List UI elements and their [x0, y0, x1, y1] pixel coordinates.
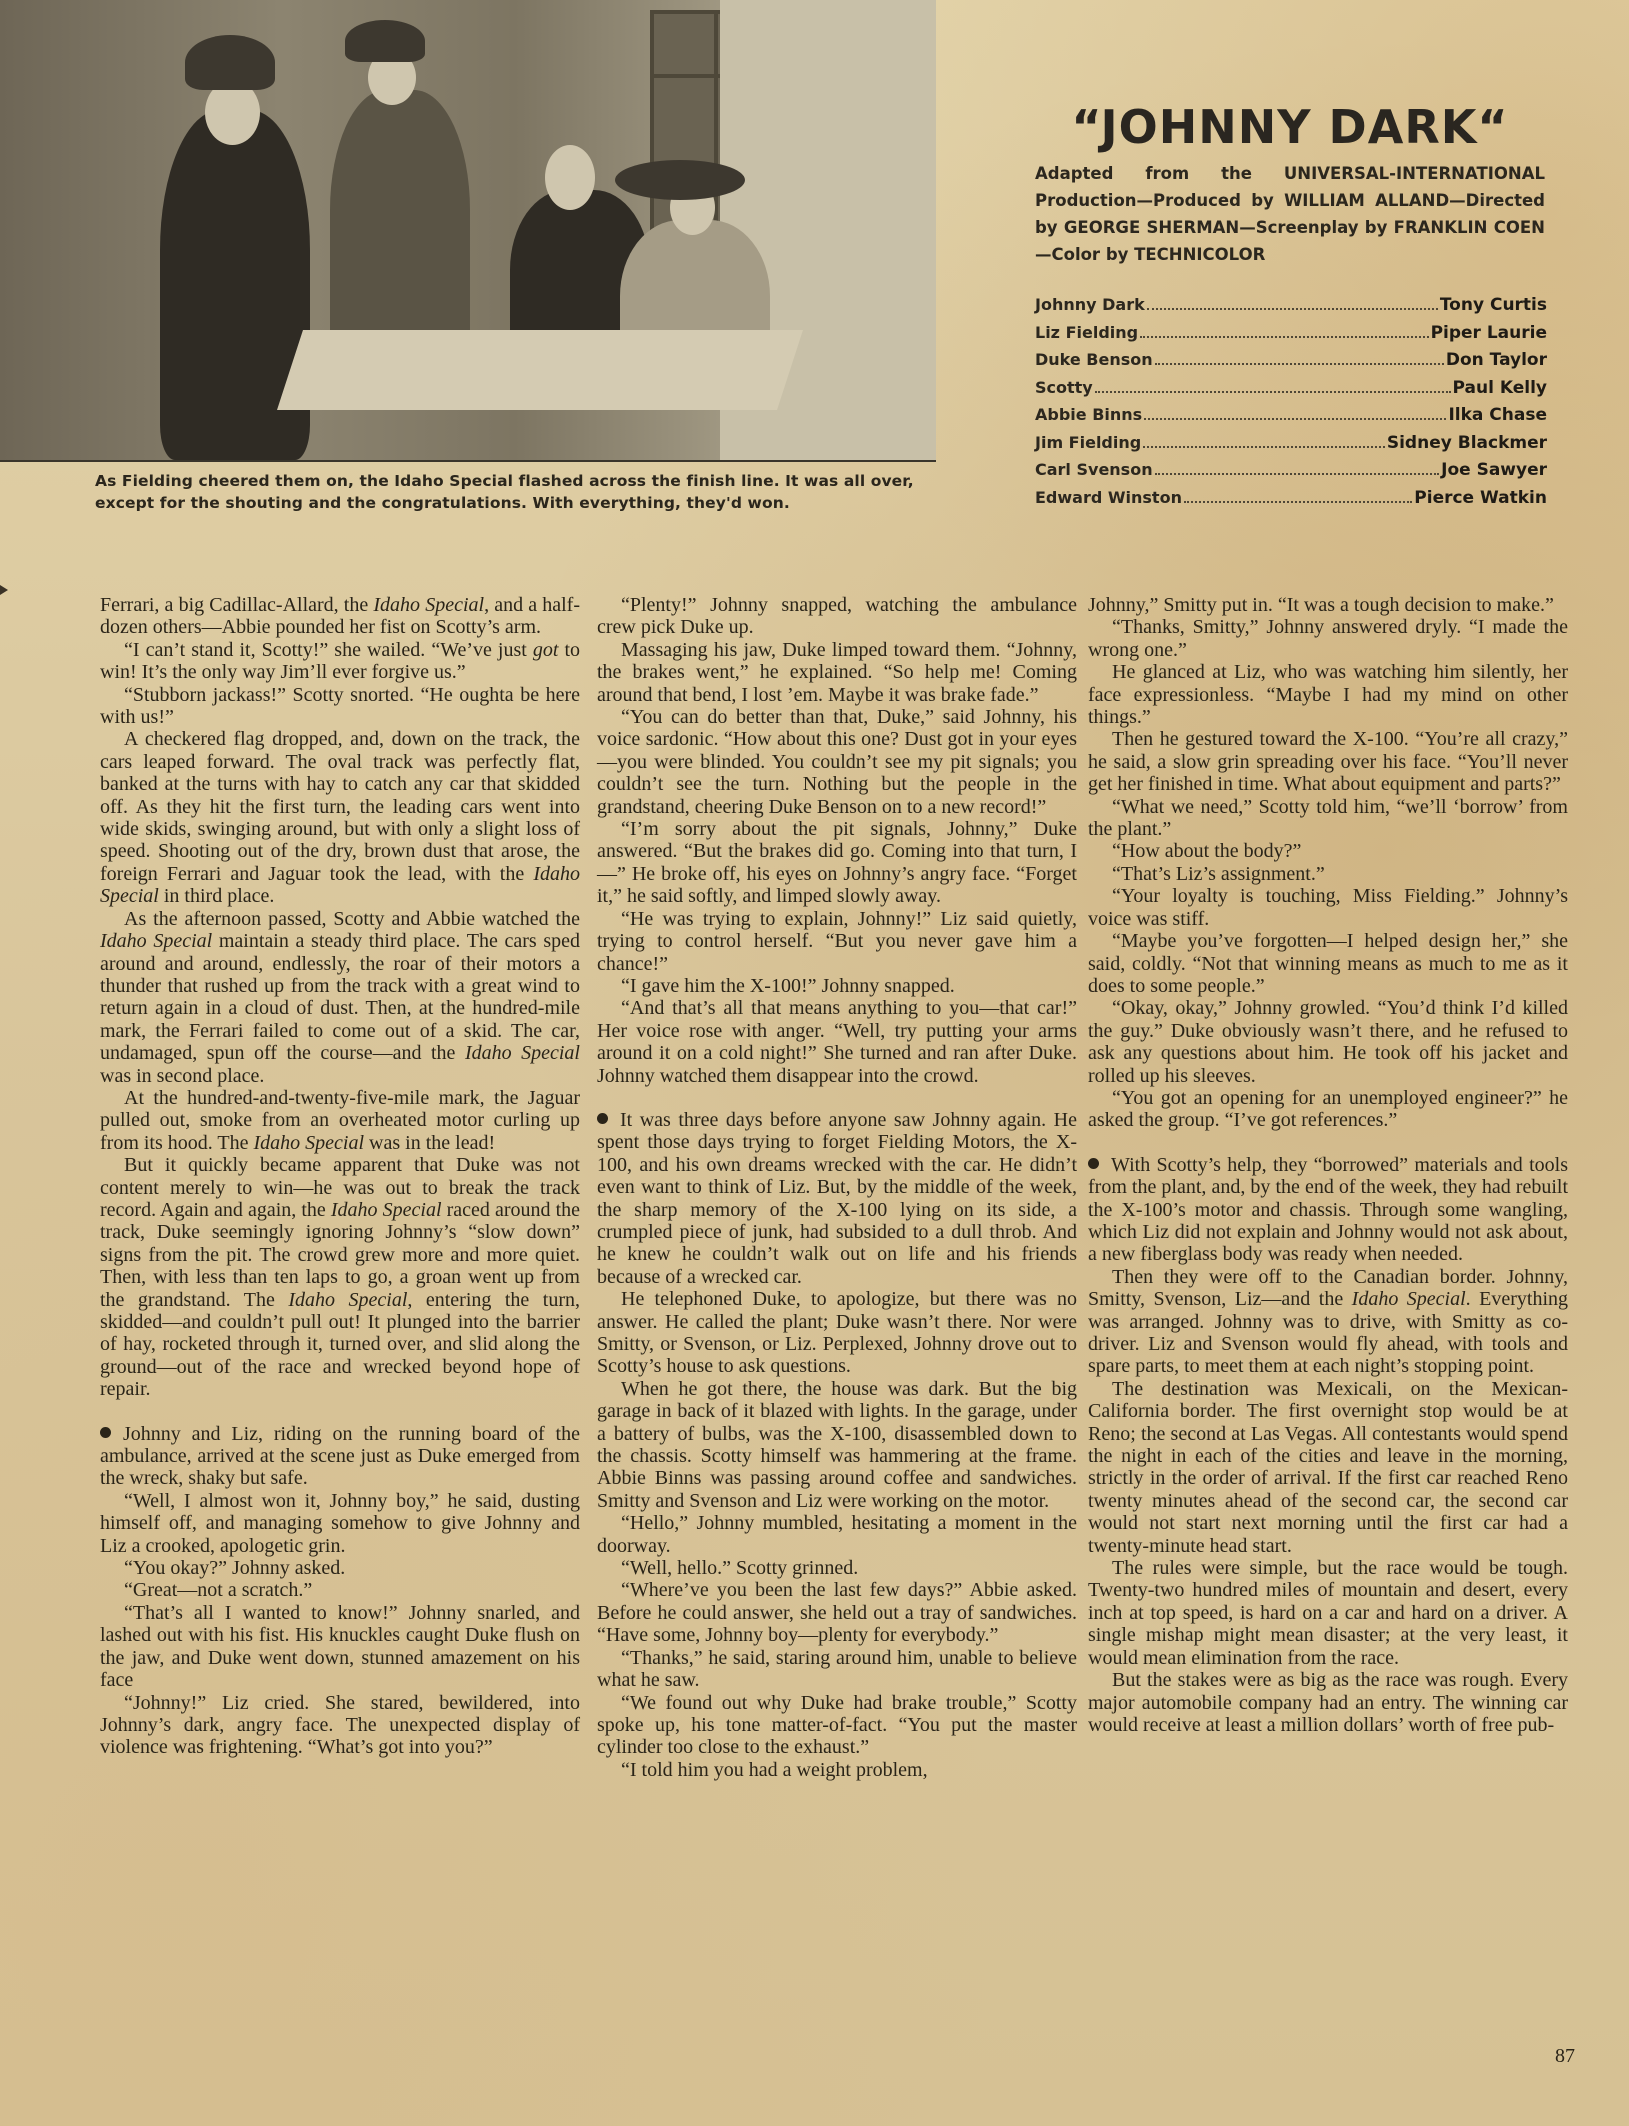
cast-actor: Don Taylor — [1446, 350, 1547, 370]
photo-hat — [615, 160, 745, 200]
paragraph: “That’s Liz’s assignment.” — [1088, 863, 1568, 885]
cast-row: Jim FieldingSidney Blackmer — [1035, 433, 1547, 461]
paragraph: “You got an opening for an unemployed en… — [1088, 1087, 1568, 1132]
paragraph: “I gave him the X-100!” Johnny snapped. — [597, 975, 1077, 997]
cast-list: Johnny DarkTony CurtisLiz FieldingPiper … — [1035, 295, 1547, 515]
paragraph: “He was trying to explain, Johnny!” Liz … — [597, 908, 1077, 975]
paragraph: He telephoned Duke, to apologize, but th… — [597, 1288, 1077, 1378]
cast-role: Liz Fielding — [1035, 323, 1138, 342]
paragraph: “You can do better than that, Duke,” sai… — [597, 706, 1077, 818]
cast-row: Edward WinstonPierce Watkin — [1035, 488, 1547, 516]
leader-dots — [1144, 418, 1446, 420]
cast-actor: Tony Curtis — [1440, 295, 1547, 315]
leader-dots — [1155, 473, 1440, 475]
paragraph: “Well, hello.” Scotty grinned. — [597, 1557, 1077, 1579]
italic-phrase: Idaho Special — [254, 1132, 365, 1154]
cast-role: Scotty — [1035, 378, 1093, 397]
cast-role: Abbie Binns — [1035, 405, 1142, 424]
italic-phrase: Idaho Special — [1352, 1288, 1466, 1310]
paragraph: “And that’s all that means anything to y… — [597, 997, 1077, 1087]
section-bullet-icon — [100, 1427, 111, 1438]
paragraph: “Where’ve you been the last few days?” A… — [597, 1579, 1077, 1646]
cast-role: Duke Benson — [1035, 350, 1153, 369]
photo-hat — [185, 35, 275, 90]
film-still-photo — [0, 0, 936, 462]
paragraph: But the stakes were as big as the race w… — [1088, 1669, 1568, 1736]
paragraph: Ferrari, a big Cadillac-Allard, the Idah… — [100, 594, 580, 639]
paragraph: “That’s all I wanted to know!” Johnny sn… — [100, 1602, 580, 1692]
cast-row: Liz FieldingPiper Laurie — [1035, 323, 1547, 351]
leader-dots — [1147, 308, 1438, 310]
paragraph: “Thanks, Smitty,” Johnny answered dryly.… — [1088, 616, 1568, 661]
paragraph: “What we need,” Scotty told him, “we’ll … — [1088, 796, 1568, 841]
paragraph: The rules were simple, but the race woul… — [1088, 1557, 1568, 1669]
text-column-2: “Plenty!” Johnny snapped, watching the a… — [597, 594, 1077, 1781]
text-column-3: Johnny,” Smitty put in. “It was a tough … — [1088, 594, 1568, 1736]
italic-phrase: Idaho Special — [331, 1199, 442, 1221]
section-paragraph: It was three days before anyone saw John… — [597, 1109, 1077, 1288]
paragraph: He glanced at Liz, who was watching him … — [1088, 661, 1568, 728]
paragraph: “Okay, okay,” Johnny growled. “You’d thi… — [1088, 997, 1568, 1087]
paragraph: When he got there, the house was dark. B… — [597, 1378, 1077, 1512]
leader-dots — [1140, 336, 1428, 338]
italic-phrase: Idaho Special — [465, 1042, 580, 1064]
section-paragraph: With Scotty’s help, they “borrowed” mate… — [1088, 1154, 1568, 1266]
paragraph: “You okay?” Johnny asked. — [100, 1557, 580, 1579]
text-column-1: Ferrari, a big Cadillac-Allard, the Idah… — [100, 594, 580, 1759]
paragraph: Then he gestured toward the X-100. “You’… — [1088, 728, 1568, 795]
italic-phrase: got — [533, 639, 559, 661]
cast-actor: Piper Laurie — [1431, 323, 1547, 343]
paragraph: But it quickly became apparent that Duke… — [100, 1154, 580, 1400]
cast-row: Carl SvensonJoe Sawyer — [1035, 460, 1547, 488]
paragraph: “Johnny!” Liz cried. She stared, bewilde… — [100, 1692, 580, 1759]
leader-dots — [1155, 363, 1444, 365]
article-title: “JOHNNY DARK“ — [990, 100, 1590, 154]
cast-role: Johnny Dark — [1035, 295, 1145, 314]
cast-actor: Ilka Chase — [1448, 405, 1547, 425]
section-paragraph: Johnny and Liz, riding on the running bo… — [100, 1423, 580, 1490]
paragraph: A checkered flag dropped, and, down on t… — [100, 728, 580, 907]
paragraph: “We found out why Duke had brake trouble… — [597, 1692, 1077, 1759]
cast-role: Carl Svenson — [1035, 460, 1153, 479]
paragraph: “Thanks,” he said, staring around him, u… — [597, 1647, 1077, 1692]
leader-dots — [1184, 501, 1412, 503]
cast-role: Jim Fielding — [1035, 433, 1141, 452]
italic-phrase: Idaho Special — [288, 1289, 407, 1311]
cast-row: Abbie BinnsIlka Chase — [1035, 405, 1547, 433]
section-bullet-icon — [1088, 1158, 1099, 1169]
cast-actor: Sidney Blackmer — [1387, 433, 1547, 453]
paragraph: “Stubborn jackass!” Scotty snorted. “He … — [100, 684, 580, 729]
italic-phrase: Idaho Special — [100, 863, 580, 907]
film-credits: Adapted from the UNIVERSAL-INTERNATIONAL… — [1035, 160, 1545, 268]
paragraph: “Hello,” Johnny mumbled, hesitating a mo… — [597, 1512, 1077, 1557]
paragraph: “Well, I almost won it, Johnny boy,” he … — [100, 1490, 580, 1557]
leader-dots — [1143, 446, 1385, 448]
cast-actor: Pierce Watkin — [1414, 488, 1547, 508]
photo-hat — [345, 20, 425, 62]
italic-phrase: Idaho Special — [100, 930, 212, 952]
paragraph: Johnny,” Smitty put in. “It was a tough … — [1088, 594, 1568, 616]
cast-role: Edward Winston — [1035, 488, 1182, 507]
leader-dots — [1095, 391, 1451, 393]
section-bullet-icon — [597, 1113, 608, 1124]
cast-row: Johnny DarkTony Curtis — [1035, 295, 1547, 323]
paragraph: As the afternoon passed, Scotty and Abbi… — [100, 908, 580, 1087]
paragraph: “Great—not a scratch.” — [100, 1579, 580, 1601]
paragraph: The destination was Mexicali, on the Mex… — [1088, 1378, 1568, 1557]
paragraph: At the hundred-and-twenty-five-mile mark… — [100, 1087, 580, 1154]
cast-row: ScottyPaul Kelly — [1035, 378, 1547, 406]
paragraph: “I’m sorry about the pit signals, Johnny… — [597, 818, 1077, 908]
paragraph: Massaging his jaw, Duke limped toward th… — [597, 639, 1077, 706]
paragraph: “I told him you had a weight problem, — [597, 1759, 1077, 1781]
page-number: 87 — [1555, 2045, 1575, 2068]
cast-actor: Paul Kelly — [1453, 378, 1547, 398]
paragraph: “I can’t stand it, Scotty!” she wailed. … — [100, 639, 580, 684]
photo-caption: As Fielding cheered them on, the Idaho S… — [95, 470, 945, 514]
paragraph: “How about the body?” — [1088, 840, 1568, 862]
paragraph: “Plenty!” Johnny snapped, watching the a… — [597, 594, 1077, 639]
photo-table — [277, 330, 803, 410]
paragraph: “Maybe you’ve forgotten—I helped design … — [1088, 930, 1568, 997]
cast-row: Duke BensonDon Taylor — [1035, 350, 1547, 378]
paragraph: “Your loyalty is touching, Miss Fielding… — [1088, 885, 1568, 930]
page-edge-mark — [0, 585, 8, 595]
photo-face — [545, 145, 595, 210]
cast-actor: Joe Sawyer — [1441, 460, 1547, 480]
italic-phrase: Idaho Special — [373, 594, 484, 616]
paragraph: Then they were off to the Canadian borde… — [1088, 1266, 1568, 1378]
